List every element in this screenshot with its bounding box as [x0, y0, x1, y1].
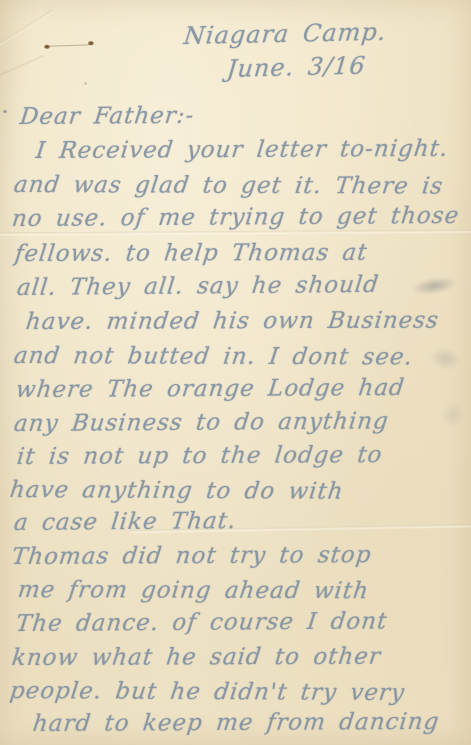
- handwritten-line: know what he said to other: [10, 644, 382, 671]
- ink-speck: [84, 82, 87, 85]
- handwritten-line: and not butted in. I dont see.: [12, 343, 414, 370]
- staple-hole: [88, 41, 94, 45]
- ink-speck: [3, 110, 7, 113]
- handwritten-line: have. minded his own Business: [24, 308, 440, 335]
- handwritten-line: The dance. of course I dont: [14, 608, 388, 637]
- handwritten-line: any Business to do anything: [12, 408, 390, 437]
- handwritten-line: it is not up to the lodge to: [15, 442, 384, 470]
- handwritten-line: and was glad to get it. There is: [12, 172, 445, 199]
- letter-date: June. 3/16: [226, 51, 368, 83]
- handwritten-line: have anything to do with: [8, 477, 345, 505]
- pencil-smudge: [438, 398, 468, 432]
- handwritten-line: people. but he didn't try very: [8, 678, 406, 706]
- letter-page: Niagara Camp. June. 3/16 Dear Father:- I…: [0, 0, 471, 745]
- handwritten-line: Thomas did not try to stop: [10, 542, 373, 570]
- letter-location: Niagara Camp.: [183, 18, 388, 50]
- handwritten-line: no use. of me trying to get those: [10, 203, 460, 232]
- staple-mark: [44, 39, 96, 53]
- handwritten-line: a case like That.: [13, 508, 238, 536]
- handwritten-line: all. They all. say he should: [16, 272, 381, 301]
- handwritten-line: where The orange Lodge had: [14, 375, 406, 403]
- pencil-smudge: [402, 270, 467, 301]
- handwritten-line: fellows. to help Thomas at: [13, 240, 369, 267]
- corner-crease: [0, 55, 44, 80]
- handwritten-line: me from going ahead with: [16, 577, 370, 604]
- handwritten-line: hard to keep me from dancing: [31, 709, 440, 737]
- pencil-smudge: [421, 340, 468, 378]
- handwritten-line: I Received your letter to-night.: [34, 136, 449, 164]
- salutation: Dear Father:-: [18, 103, 195, 130]
- staple-bar: [49, 44, 89, 47]
